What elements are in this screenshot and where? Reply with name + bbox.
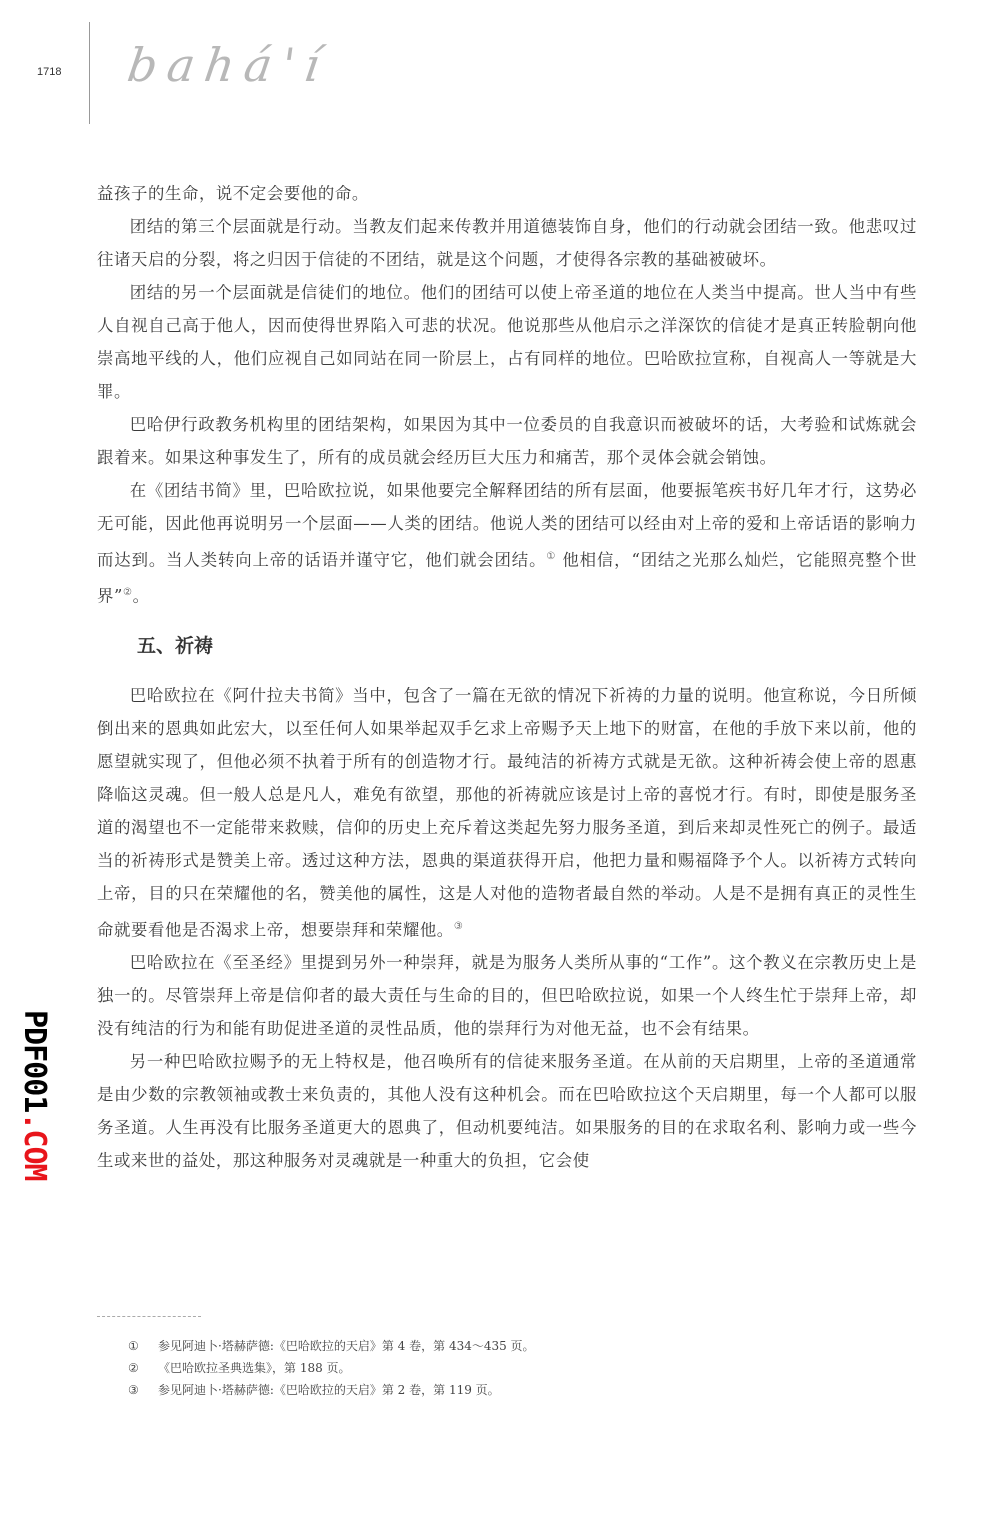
footnote: ③ 参见阿迪卜·塔赫萨德:《巴哈欧拉的天启》第 2 卷，第 119 页。 [128,1379,535,1401]
footnote-mark: ③ [128,1379,142,1401]
footnote-ref[interactable]: ③ [454,921,464,932]
paragraph: 巴哈欧拉在《阿什拉夫书简》当中，包含了一篇在无欲的情况下祈祷的力量的说明。他宣称… [97,679,917,946]
paragraph: 益孩子的生命，说不定会要他的命。 [97,177,917,210]
paragraph: 团结的第三个层面就是行动。当教友们起来传教并用道德装饰自身，他们的行动就会团结一… [97,210,917,276]
footnote: ① 参见阿迪卜·塔赫萨德:《巴哈欧拉的天启》第 4 卷，第 434～435 页。 [128,1335,535,1357]
bahai-logo: bahá'í [124,38,333,92]
paragraph: 巴哈欧拉在《至圣经》里提到另外一种崇拜，就是为服务人类所从事的“工作”。这个教义… [97,946,917,1045]
footnote-divider [97,1316,201,1317]
watermark: PDF001.COM [4,1010,46,1210]
paragraph: 另一种巴哈欧拉赐予的无上特权是，他召唤所有的信徒来服务圣道。在从前的天启期里，上… [97,1045,917,1177]
footnote-text: 参见阿迪卜·塔赫萨德:《巴哈欧拉的天启》第 2 卷，第 119 页。 [158,1379,500,1401]
page-body: 益孩子的生命，说不定会要他的命。 团结的第三个层面就是行动。当教友们起来传教并用… [97,177,917,1177]
header-divider [89,22,90,124]
footnote-ref[interactable]: ① [546,551,556,562]
footnotes: ① 参见阿迪卜·塔赫萨德:《巴哈欧拉的天启》第 4 卷，第 434～435 页。… [128,1335,535,1401]
watermark-domain: .COM [17,1112,52,1180]
footnote-text: 参见阿迪卜·塔赫萨德:《巴哈欧拉的天启》第 4 卷，第 434～435 页。 [158,1335,535,1357]
footnote: ② 《巴哈欧拉圣典选集》，第 188 页。 [128,1357,535,1379]
footnote-mark: ① [128,1335,142,1357]
section-heading: 五、祈祷 [137,631,917,661]
paragraph: 团结的另一个层面就是信徒们的地位。他们的团结可以使上帝圣道的地位在人类当中提高。… [97,276,917,408]
paragraph: 在《团结书简》里，巴哈欧拉说，如果他要完全解释团结的所有层面，他要振笔疾书好几年… [97,474,917,613]
paragraph: 巴哈伊行政教务机构里的团结架构，如果因为其中一位委员的自我意识而被破坏的话，大考… [97,408,917,474]
footnote-text: 《巴哈欧拉圣典选集》，第 188 页。 [158,1357,351,1379]
footnote-mark: ② [128,1357,142,1379]
page-number: 1718 [37,66,61,78]
watermark-text: PDF001 [17,1010,52,1112]
footnote-ref[interactable]: ② [123,587,133,598]
